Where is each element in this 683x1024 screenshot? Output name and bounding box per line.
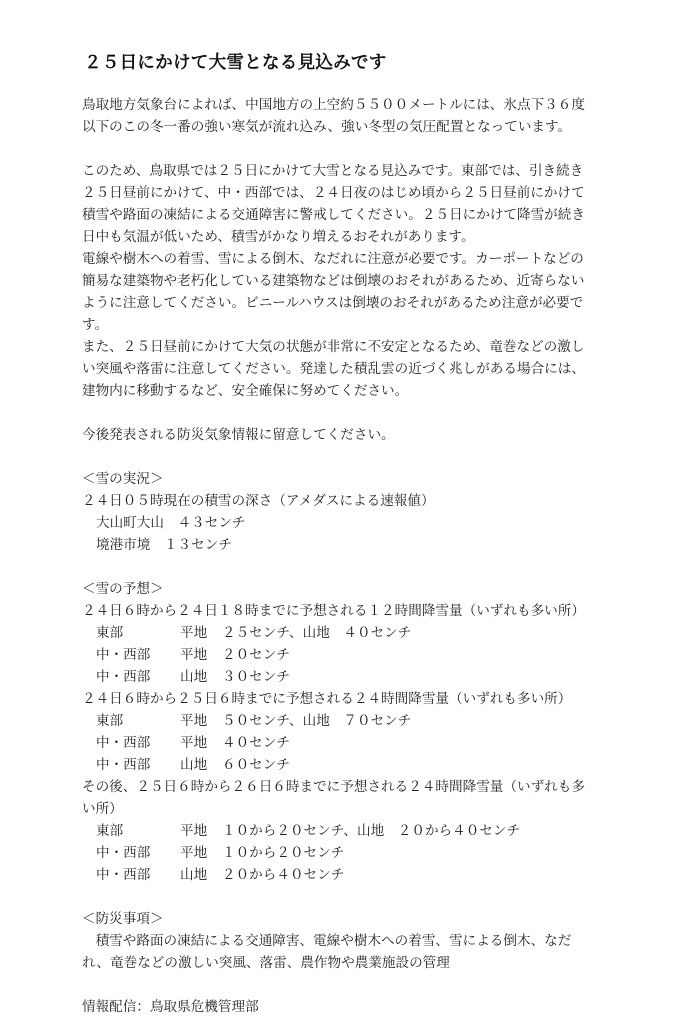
page-title: ２５日にかけて大雪となる見込みです [84,50,622,76]
forecast-row: 中・西部 山地 ２０から４０センチ [82,864,622,886]
forecast-amount: １０から２０センチ [222,842,344,864]
text-line: このため、鳥取県では２５日にかけて大雪となる見込みです。東部では、引き続き [82,160,622,182]
text-line: また、２５日昼前にかけて大気の状態が非常に不安定となるため、竜巻などの激し [82,336,622,358]
forecast-area: 東部 [96,710,180,732]
forecast-area: 中・西部 [96,864,180,886]
forecast-amount: ２５センチ、山地 ４０センチ [222,622,411,644]
forecast-area: 中・西部 [96,842,180,864]
forecast-period-label: い所） [82,798,622,820]
forecast-terrain: 平地 [180,820,222,842]
text-line: れ、竜巻などの激しい突風、落雷、農作物や農業施設の管理 [82,952,622,974]
forecast-terrain: 平地 [180,842,222,864]
station-depth: １３センチ [164,534,232,556]
forecast-row: 東部 平地 ５０センチ、山地 ７０センチ [82,710,622,732]
forecast-terrain: 山地 [180,864,222,886]
forecast-terrain: 平地 [180,732,222,754]
section-heading: ＜防災事項＞ [82,908,622,930]
text-line: 日中も気温が低いため、積雪がかなり増えるおそれがあります。 [82,226,622,248]
forecast-row: 中・西部 平地 ２０センチ [82,644,622,666]
forecast-amount: ３０センチ [222,666,290,688]
disaster-items-section: ＜防災事項＞ 積雪や路面の凍結による交通障害、電線や樹木への着雪、雪による倒木、… [82,908,622,974]
forecast-period-label: ２４日６時から２４日１８時までに予想される１２時間降雪量（いずれも多い所） [82,600,622,622]
forecast-row: 中・西部 山地 ３０センチ [82,666,622,688]
forecast-row: 中・西部 平地 ４０センチ [82,732,622,754]
snow-current-section: ＜雪の実況＞ ２４日０５時現在の積雪の深さ（アメダスによる速報値） 大山町大山 … [82,468,622,556]
forecast-terrain: 平地 [180,622,222,644]
section-subheading: ２４日０５時現在の積雪の深さ（アメダスによる速報値） [82,490,622,512]
forecast-terrain: 平地 [180,644,222,666]
forecast-row: 東部 平地 １０から２０センチ、山地 ２０から４０センチ [82,820,622,842]
forecast-terrain: 山地 [180,754,222,776]
forecast-period-label: ２４日６時から２５日６時までに予想される２４時間降雪量（いずれも多い所） [82,688,622,710]
station-depth: ４３センチ [178,512,246,534]
forecast-amount: ６０センチ [222,754,290,776]
section-heading: ＜雪の実況＞ [82,468,622,490]
forecast-area: 東部 [96,622,180,644]
forecast-amount: ５０センチ、山地 ７０センチ [222,710,411,732]
forecast-area: 東部 [96,820,180,842]
text-line: 電線や樹木への着雪、雪による倒木、なだれに注意が必要です。カーポートなどの [82,248,622,270]
forecast-amount: ４０センチ [222,732,290,754]
text-line: 積雪や路面の凍結による交通障害、電線や樹木への着雪、雪による倒木、なだ [82,930,622,952]
snow-forecast-section: ＜雪の予想＞ ２４日６時から２４日１８時までに予想される１２時間降雪量（いずれも… [82,578,622,886]
intro-paragraph: 鳥取地方気象台によれば、中国地方の上空約５５００メートルには、氷点下３６度 以下… [82,94,622,138]
text-line: 建物内に移動するなど、安全確保に努めてください。 [82,380,622,402]
station-row: 大山町大山 ４３センチ [82,512,622,534]
forecast-amount: ２０センチ [222,644,290,666]
forecast-row: 中・西部 平地 １０から２０センチ [82,842,622,864]
station-row: 境港市境 １３センチ [82,534,622,556]
forecast-period-label: その後、２５日６時から２６日６時までに予想される２４時間降雪量（いずれも多 [82,776,622,798]
text-line: 以下のこの冬一番の強い寒気が流れ込み、強い冬型の気圧配置となっています。 [82,116,622,138]
forecast-amount: １０から２０センチ、山地 ２０から４０センチ [222,820,520,842]
text-line: 鳥取地方気象台によれば、中国地方の上空約５５００メートルには、氷点下３６度 [82,94,622,116]
text-line: 簡易な建築物や老朽化している建築物などは倒壊のおそれがあるため、近寄らない [82,270,622,292]
forecast-area: 中・西部 [96,666,180,688]
station-name: 境港市境 [96,534,150,556]
notice-paragraph: 今後発表される防災気象情報に留意してください。 [82,424,622,446]
text-line: す。 [82,314,622,336]
details-paragraph: このため、鳥取県では２５日にかけて大雪となる見込みです。東部では、引き続き ２５… [82,160,622,402]
forecast-terrain: 山地 [180,666,222,688]
forecast-area: 中・西部 [96,644,180,666]
text-line: ように注意してください。ビニールハウスは倒壊のおそれがあるため注意が必要で [82,292,622,314]
forecast-row: 東部 平地 ２５センチ、山地 ４０センチ [82,622,622,644]
station-name: 大山町大山 [96,512,164,534]
forecast-row: 中・西部 山地 ６０センチ [82,754,622,776]
document-page: ２５日にかけて大雪となる見込みです 鳥取地方気象台によれば、中国地方の上空約５５… [82,50,622,1018]
notice-text: 今後発表される防災気象情報に留意してください。 [82,424,622,446]
text-line: 積雪や路面の凍結による交通障害に警戒してください。２５日にかけて降雪が続き [82,204,622,226]
forecast-terrain: 平地 [180,710,222,732]
info-source: 情報配信：鳥取県危機管理部 [82,996,622,1018]
forecast-area: 中・西部 [96,732,180,754]
forecast-amount: ２０から４０センチ [222,864,344,886]
text-line: ２５日昼前にかけて、中・西部では、２４日夜のはじめ頃から２５日昼前にかけて [82,182,622,204]
section-heading: ＜雪の予想＞ [82,578,622,600]
forecast-area: 中・西部 [96,754,180,776]
text-line: い突風や落雷に注意してください。発達した積乱雲の近づく兆しがある場合には、 [82,358,622,380]
